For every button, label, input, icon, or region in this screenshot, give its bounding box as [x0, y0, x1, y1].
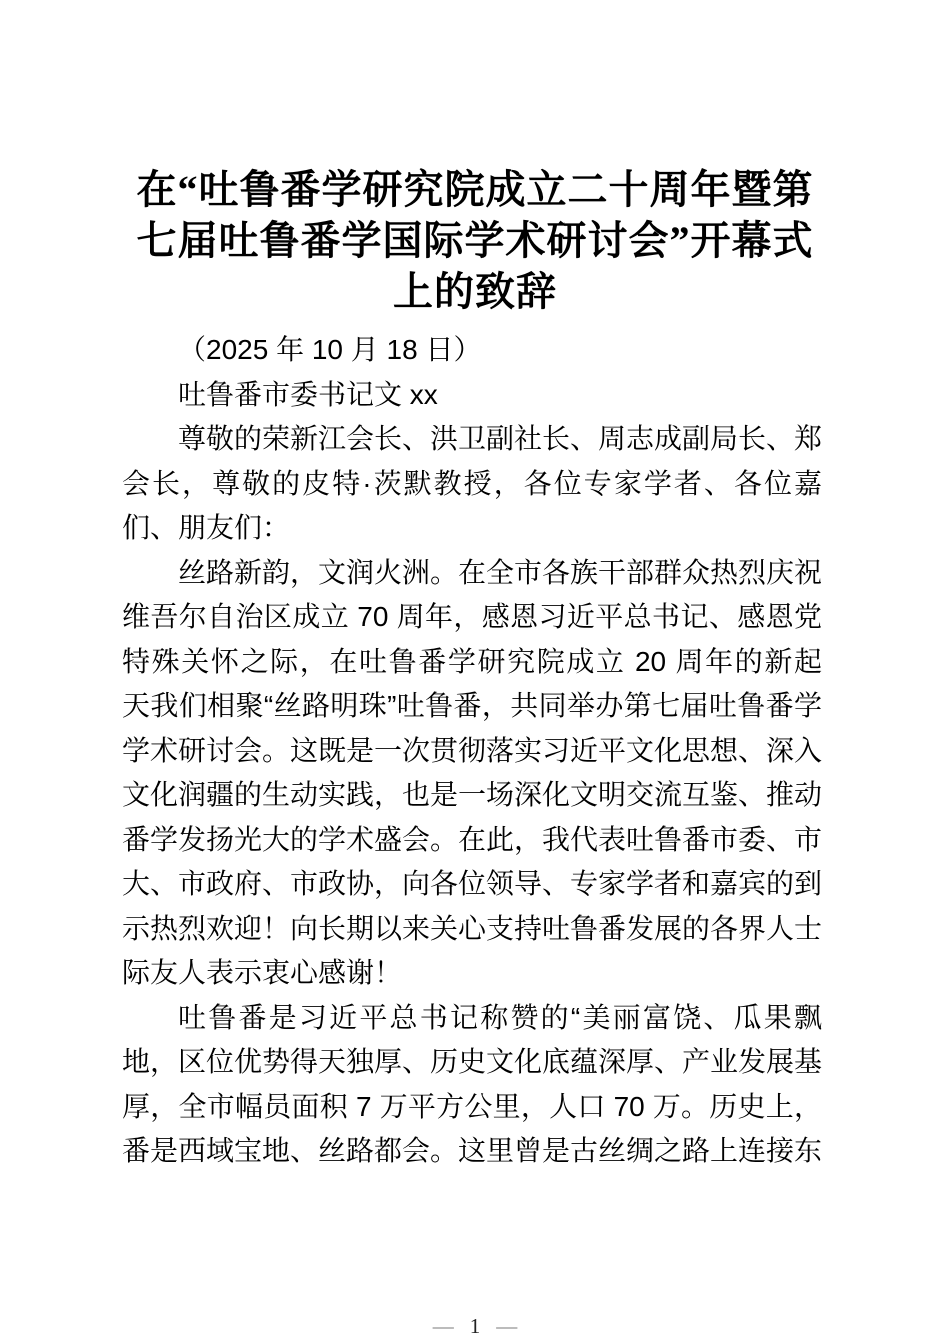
page-footer: —1—: [0, 1312, 950, 1340]
page-number: 1: [454, 1314, 497, 1338]
speaker-line: 吐鲁番市委书记文 xx: [122, 373, 822, 418]
paragraph-line: 文化润疆的生动实践，也是一场深化文明交流互鉴、推动吐鲁: [122, 773, 822, 818]
paragraph-line: 厚，全市幅员面积 7 万平方公里，人口 70 万。历史上，吐鲁: [122, 1085, 822, 1130]
title-line-3: 上的致辞: [0, 266, 950, 317]
paragraph-line: 示热烈欢迎！向长期以来关心支持吐鲁番发展的各界人士和国: [122, 907, 822, 952]
greeting-line: 尊敬的荣新江会长、洪卫副社长、周志成副局长、郑炳林: [122, 417, 822, 462]
paragraph-line: 地，区位优势得天独厚、历史文化底蕴深厚、产业发展基础雄: [122, 1040, 822, 1085]
document-body: （2025 年 10 月 18 日） 吐鲁番市委书记文 xx 尊敬的荣新江会长、…: [122, 328, 822, 1174]
title-line-1: 在“吐鲁番学研究院成立二十周年暨第: [0, 164, 950, 215]
paragraph-line: 天我们相聚“丝路明珠”吐鲁番，共同举办第七届吐鲁番学国际: [122, 684, 822, 729]
footer-dash-left: —: [433, 1314, 454, 1338]
paragraph-line: 吐鲁番是习近平总书记称赞的“美丽富饶、瓜果飘香”之: [122, 996, 822, 1041]
footer-dash-right: —: [496, 1314, 517, 1338]
paragraph-line: 际友人表示衷心感谢！: [122, 951, 822, 996]
paragraph-line: 丝路新韵，文润火洲。在全市各族干部群众热烈庆祝新疆: [122, 551, 822, 596]
date-line: （2025 年 10 月 18 日）: [122, 328, 822, 373]
paragraph-line: 番学发扬光大的学术盛会。在此，我代表吐鲁番市委、市人: [122, 818, 822, 863]
greeting-line: 会长，尊敬的皮特·茨默教授，各位专家学者、各位嘉宾，同志: [122, 462, 822, 507]
greeting-line: 们、朋友们：: [122, 506, 822, 551]
document-page: 在“吐鲁番学研究院成立二十周年暨第 七届吐鲁番学国际学术研讨会”开幕式 上的致辞…: [0, 0, 950, 1344]
paragraph-line: 特殊关怀之际，在吐鲁番学研究院成立 20 周年的新起点，今: [122, 640, 822, 685]
title-line-2: 七届吐鲁番学国际学术研讨会”开幕式: [0, 215, 950, 266]
paragraph-line: 学术研讨会。这既是一次贯彻落实习近平文化思想、深入推进: [122, 729, 822, 774]
paragraph-line: 维吾尔自治区成立 70 周年，感恩习近平总书记、感恩党中央: [122, 595, 822, 640]
paragraph-line: 番是西域宝地、丝路都会。这里曾是古丝绸之路上连接东西方: [122, 1129, 822, 1174]
document-title: 在“吐鲁番学研究院成立二十周年暨第 七届吐鲁番学国际学术研讨会”开幕式 上的致辞: [0, 164, 950, 317]
paragraph-line: 大、市政府、市政协，向各位领导、专家学者和嘉宾的到来表: [122, 862, 822, 907]
